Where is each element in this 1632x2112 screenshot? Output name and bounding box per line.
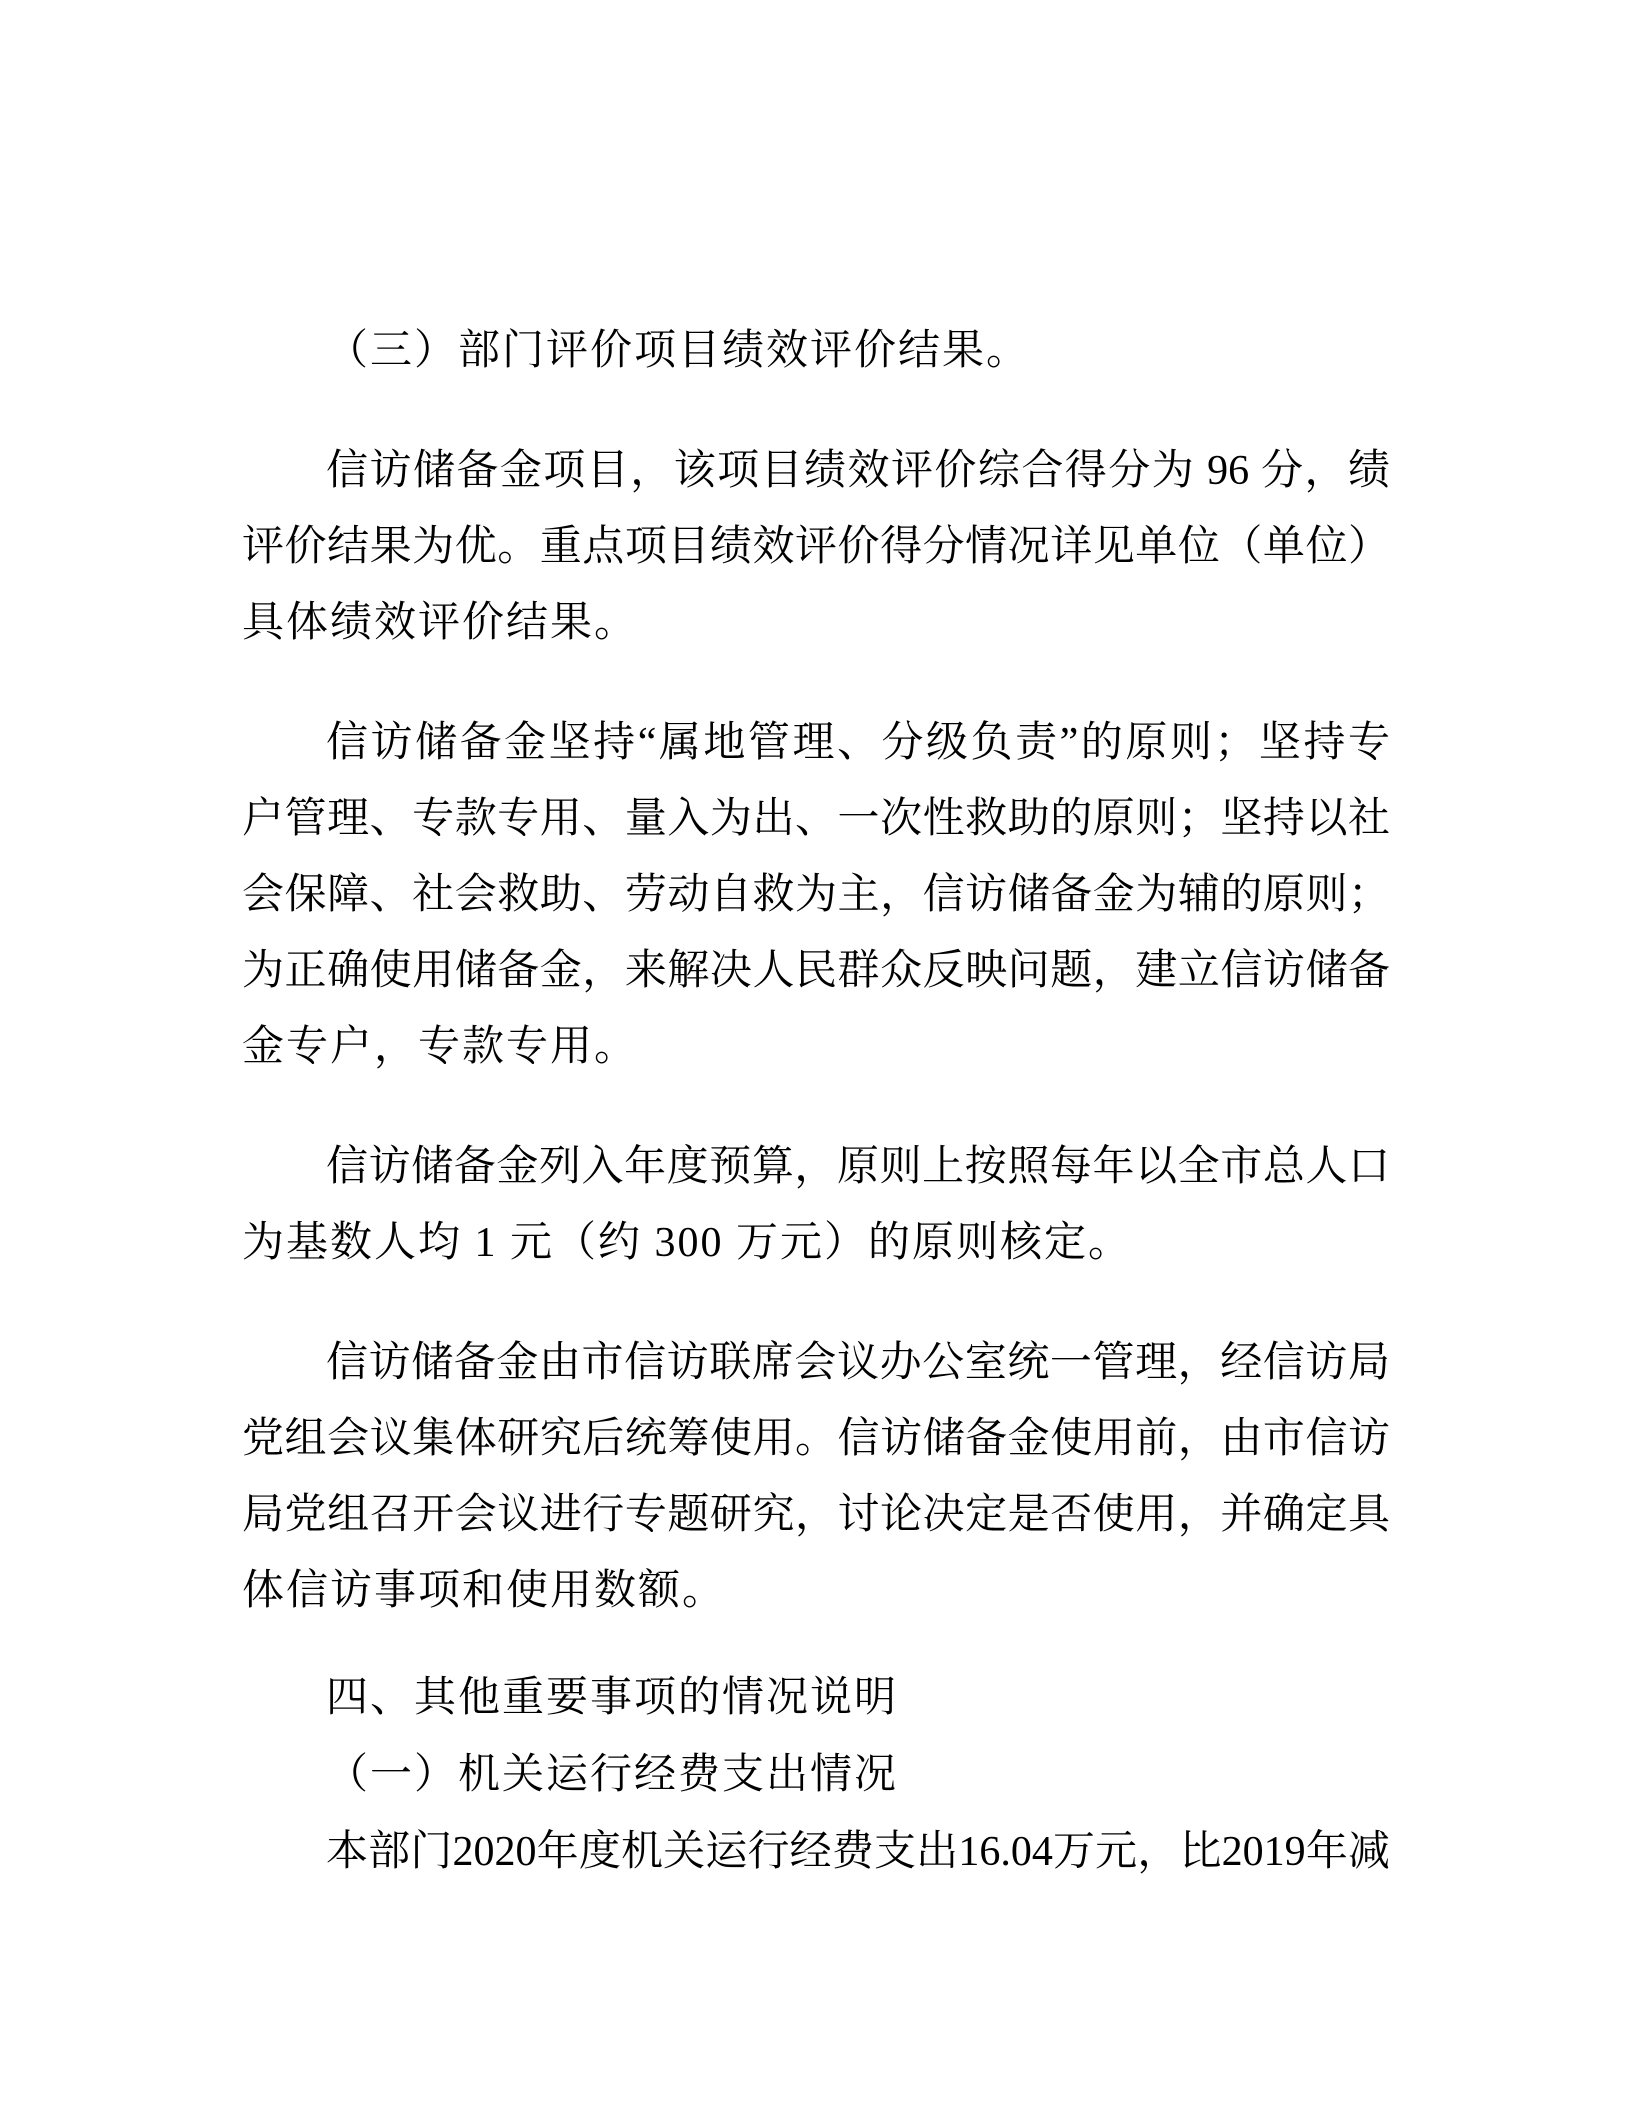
heading-line: （一）机关运行经费支出情况: [242, 1737, 1390, 1814]
paragraph-principles: 信访储备金坚持“属地管理、分级负责”的原则；坚持专 户管理、专款专用、量入为出、…: [242, 705, 1390, 1085]
text-line: 评价结果为优。重点项目绩效评价得分情况详见单位（单位）: [242, 509, 1390, 585]
paragraph-management: 信访储备金由市信访联席会议办公室统一管理，经信访局 党组会议集体研究后统筹使用。…: [242, 1325, 1390, 1629]
text-line: 金专户，专款专用。: [242, 1009, 1390, 1085]
text-line: 信访储备金由市信访联席会议办公室统一管理，经信访局: [242, 1325, 1390, 1401]
section-heading-4-1: （一）机关运行经费支出情况: [242, 1737, 1390, 1814]
text-line: 党组会议集体研究后统筹使用。信访储备金使用前，由市信访: [242, 1401, 1390, 1477]
section-heading-3: （三）部门评价项目绩效评价结果。: [242, 313, 1390, 389]
text-line: 户管理、专款专用、量入为出、一次性救助的原则；坚持以社: [242, 781, 1390, 857]
page-text-block: （三）部门评价项目绩效评价结果。 信访储备金项目，该项目绩效评价综合得分为 96…: [242, 313, 1390, 1891]
text-line: 为基数人均 1 元（约 300 万元）的原则核定。: [242, 1205, 1390, 1281]
text-line: 体信访事项和使用数额。: [242, 1553, 1390, 1629]
heading-line: 四、其他重要事项的情况说明: [242, 1660, 1390, 1737]
paragraph-project-score: 信访储备金项目，该项目绩效评价综合得分为 96 分，绩效 评价结果为优。重点项目…: [242, 433, 1390, 661]
text-line: 信访储备金列入年度预算，原则上按照每年以全市总人口: [242, 1129, 1390, 1205]
text-line: 具体绩效评价结果。: [242, 585, 1390, 661]
text-line: 信访储备金坚持“属地管理、分级负责”的原则；坚持专: [242, 705, 1390, 781]
document-page: （三）部门评价项目绩效评价结果。 信访储备金项目，该项目绩效评价综合得分为 96…: [0, 0, 1632, 2112]
text-line: 信访储备金项目，该项目绩效评价综合得分为 96 分，绩效: [242, 433, 1390, 509]
paragraph-operating-expense: 本部门2020年度机关运行经费支出16.04万元，比2019年减: [242, 1814, 1390, 1891]
text-line: 为正确使用储备金，来解决人民群众反映问题，建立信访储备: [242, 933, 1390, 1009]
text-line: 会保障、社会救助、劳动自救为主，信访储备金为辅的原则；: [242, 857, 1390, 933]
paragraph-budget: 信访储备金列入年度预算，原则上按照每年以全市总人口 为基数人均 1 元（约 30…: [242, 1129, 1390, 1281]
text-line: 本部门2020年度机关运行经费支出16.04万元，比2019年减: [242, 1814, 1390, 1891]
heading-line: （三）部门评价项目绩效评价结果。: [242, 313, 1390, 389]
text-line: 局党组召开会议进行专题研究，讨论决定是否使用，并确定具: [242, 1477, 1390, 1553]
section-heading-4: 四、其他重要事项的情况说明: [242, 1660, 1390, 1737]
